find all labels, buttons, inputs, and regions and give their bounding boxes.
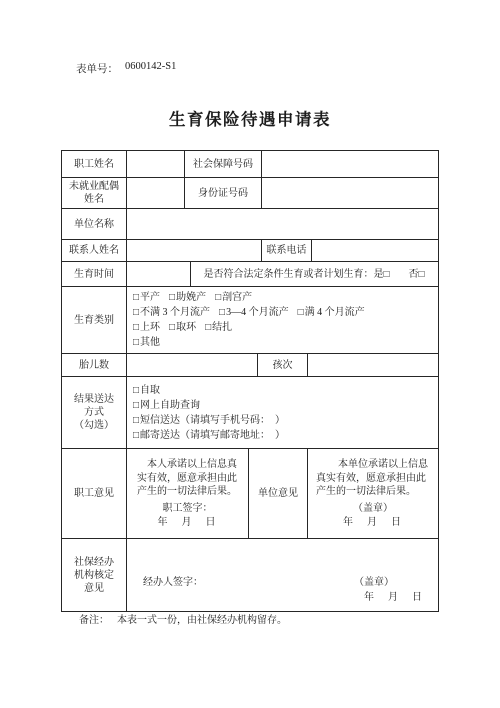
row-opinions: 职工意见 本人承诺以上信息真实有效，愿意承担由此产生的一切法律后果。 职工签字：… <box>62 449 438 539</box>
checkbox-icon: □ <box>133 400 139 411</box>
employee-signature-line[interactable]: 职工签字： <box>163 502 213 515</box>
form-number: 表单号： 0600142-S1 <box>76 61 176 76</box>
legal-no-text: 否 <box>409 268 419 281</box>
delivery-method-label: 结果送达 方式 （勾选） <box>62 377 127 448</box>
unit-promise-text: 本单位承诺以上信息真实有效，愿意承担由此产生的一切法律后果。 <box>316 458 430 499</box>
delivery-option-line: □邮寄送达（请填写邮寄地址： ） <box>133 428 285 443</box>
id-number-label: 身份证号码 <box>185 178 262 208</box>
employer-label: 单位名称 <box>62 209 127 239</box>
checkbox-icon: □ <box>133 292 139 303</box>
row-employer: 单位名称 <box>62 209 438 240</box>
contact-name-input-cell[interactable] <box>127 240 262 261</box>
checkbox-icon: □ <box>298 307 304 318</box>
checkbox-icon: □ <box>133 385 139 396</box>
page-title: 生育保险待遇申请表 <box>0 106 500 130</box>
footer-note-label: 备注： <box>79 611 109 626</box>
fetus-count-label: 胎儿数 <box>62 354 127 376</box>
contact-phone-input-cell[interactable] <box>312 240 438 261</box>
agency-seal-line: （盖章） <box>354 576 394 589</box>
contact-phone-label: 联系电话 <box>262 240 312 261</box>
option-assisted-delivery[interactable]: □助娩产 <box>169 290 206 305</box>
option-cesarean-delivery[interactable]: □剖宫产 <box>215 290 252 305</box>
employee-promise-text: 本人承诺以上信息真实有效，愿意承担由此产生的一切法律后果。 <box>137 458 238 499</box>
footer-note-text: 本表一式一份，由社保经办机构留存。 <box>117 611 287 626</box>
employee-date-line[interactable]: 年 月 日 <box>158 516 218 529</box>
employee-name-label: 职工姓名 <box>62 151 127 177</box>
agency-opinion-label: 社保经办 机构核定 意见 <box>62 539 127 611</box>
spouse-name-label: 未就业配偶 姓名 <box>62 178 127 208</box>
option-miscarriage-under-3m[interactable]: □不满 3 个月流产 <box>133 305 210 320</box>
child-order-input-cell[interactable] <box>308 354 438 376</box>
contact-name-label: 联系人姓名 <box>62 240 127 261</box>
unit-opinion-cell: 本单位承诺以上信息真实有效，愿意承担由此产生的一切法律后果。 （盖章） 年 月 … <box>308 449 438 538</box>
option-other[interactable]: □其他 <box>133 335 160 350</box>
row-employee-name: 职工姓名 社会保障号码 <box>62 151 438 178</box>
option-mail-delivery[interactable]: □邮寄送达（请填写邮寄地址： ） <box>133 428 285 443</box>
delivery-option-line: □网上自助查询 <box>133 398 200 413</box>
unit-date-line[interactable]: 年 月 日 <box>343 516 403 529</box>
birth-type-option-line: □上环 □取环 □结扎 <box>133 320 232 335</box>
option-miscarriage-over-4m[interactable]: □满 4 个月流产 <box>298 305 365 320</box>
child-order-label: 孩次 <box>258 354 308 376</box>
legal-condition-cell: 是否符合法定条件生育或者计划生育：是□否□ <box>191 262 438 286</box>
birth-time-input-cell[interactable] <box>127 262 191 286</box>
row-agency-opinion: 社保经办 机构核定 意见 经办人签字： （盖章） 年 月 日 <box>62 539 438 611</box>
option-online-query[interactable]: □网上自助查询 <box>133 398 200 413</box>
unit-seal-line[interactable]: （盖章） <box>353 502 393 515</box>
delivery-option-line: □自取 <box>133 383 160 398</box>
option-miscarriage-3-4m[interactable]: □3—4 个月流产 <box>219 305 289 320</box>
checkbox-icon: □ <box>133 322 139 333</box>
checkbox-icon: □ <box>133 430 139 441</box>
employer-input-cell[interactable] <box>127 209 438 239</box>
checkbox-icon: □ <box>205 322 211 333</box>
form-number-value: 0600142-S1 <box>125 61 176 76</box>
option-sms-delivery[interactable]: □短信送达（请填写手机号码： ） <box>133 413 285 428</box>
employee-opinion-label: 职工意见 <box>62 449 127 538</box>
birth-time-label: 生育时间 <box>62 262 127 286</box>
option-ligation[interactable]: □结扎 <box>205 320 232 335</box>
delivery-options-cell: □自取 □网上自助查询 □短信送达（请填写手机号码： ） □邮寄送达（请填写邮寄… <box>127 377 438 448</box>
checkbox-icon: □ <box>133 307 139 318</box>
employee-opinion-cell: 本人承诺以上信息真实有效，愿意承担由此产生的一切法律后果。 职工签字： 年 月 … <box>127 449 249 538</box>
birth-type-option-line: □其他 <box>133 335 160 350</box>
option-normal-delivery[interactable]: □平产 <box>133 290 160 305</box>
row-delivery-method: 结果送达 方式 （勾选） □自取 □网上自助查询 □短信送达（请填写手机号码： … <box>62 377 438 449</box>
row-fetus-count: 胎儿数 孩次 <box>62 354 438 377</box>
checkbox-icon: □ <box>133 337 139 348</box>
checkbox-icon: □ <box>133 415 139 426</box>
birth-type-option-line: □平产 □助娩产 □剖宫产 <box>133 290 252 305</box>
agency-date-line: 年 月 日 <box>364 591 424 604</box>
birth-type-label: 生育类别 <box>62 287 127 353</box>
checkbox-icon: □ <box>215 292 221 303</box>
agency-signature-line[interactable]: 经办人签字： <box>143 576 203 589</box>
birth-type-option-line: □不满 3 个月流产 □3—4 个月流产 □满 4 个月流产 <box>133 305 365 320</box>
row-spouse-name: 未就业配偶 姓名 身份证号码 <box>62 178 438 209</box>
unit-opinion-label: 单位意见 <box>249 449 308 538</box>
option-iud-removal[interactable]: □取环 <box>169 320 196 335</box>
ssn-input-cell[interactable] <box>262 151 438 177</box>
birth-type-options-cell: □平产 □助娩产 □剖宫产 □不满 3 个月流产 □3—4 个月流产 □满 4 … <box>127 287 438 353</box>
checkbox-icon: □ <box>169 322 175 333</box>
ssn-label: 社会保障号码 <box>185 151 262 177</box>
agency-opinion-cell[interactable]: 经办人签字： （盖章） 年 月 日 <box>127 539 438 611</box>
delivery-option-line: □短信送达（请填写手机号码： ） <box>133 413 285 428</box>
fetus-count-input-cell[interactable] <box>127 354 258 376</box>
option-self-pickup[interactable]: □自取 <box>133 383 160 398</box>
row-birth-time: 生育时间 是否符合法定条件生育或者计划生育：是□否□ <box>62 262 438 287</box>
checkbox-icon: □ <box>169 292 175 303</box>
checkbox-icon: □ <box>219 307 225 318</box>
row-birth-type: 生育类别 □平产 □助娩产 □剖宫产 □不满 3 个月流产 □3—4 个月流产 … <box>62 287 438 354</box>
form-page: 表单号： 0600142-S1 生育保险待遇申请表 职工姓名 社会保障号码 未就… <box>0 0 500 708</box>
application-form-table: 职工姓名 社会保障号码 未就业配偶 姓名 身份证号码 单位名称 联系人姓名 联系… <box>61 150 439 612</box>
footer-note: 备注： 本表一式一份，由社保经办机构留存。 <box>79 611 287 626</box>
legal-no-checkbox-icon[interactable]: □ <box>419 268 425 281</box>
legal-yes-checkbox-icon[interactable]: □ <box>383 268 389 281</box>
row-contact: 联系人姓名 联系电话 <box>62 240 438 262</box>
form-number-label: 表单号： <box>76 61 118 76</box>
legal-question-text: 是否符合法定条件生育或者计划生育：是 <box>203 268 383 281</box>
employee-name-input-cell[interactable] <box>127 151 185 177</box>
id-number-input-cell[interactable] <box>262 178 438 208</box>
spouse-name-input-cell[interactable] <box>127 178 185 208</box>
option-iud-insertion[interactable]: □上环 <box>133 320 160 335</box>
